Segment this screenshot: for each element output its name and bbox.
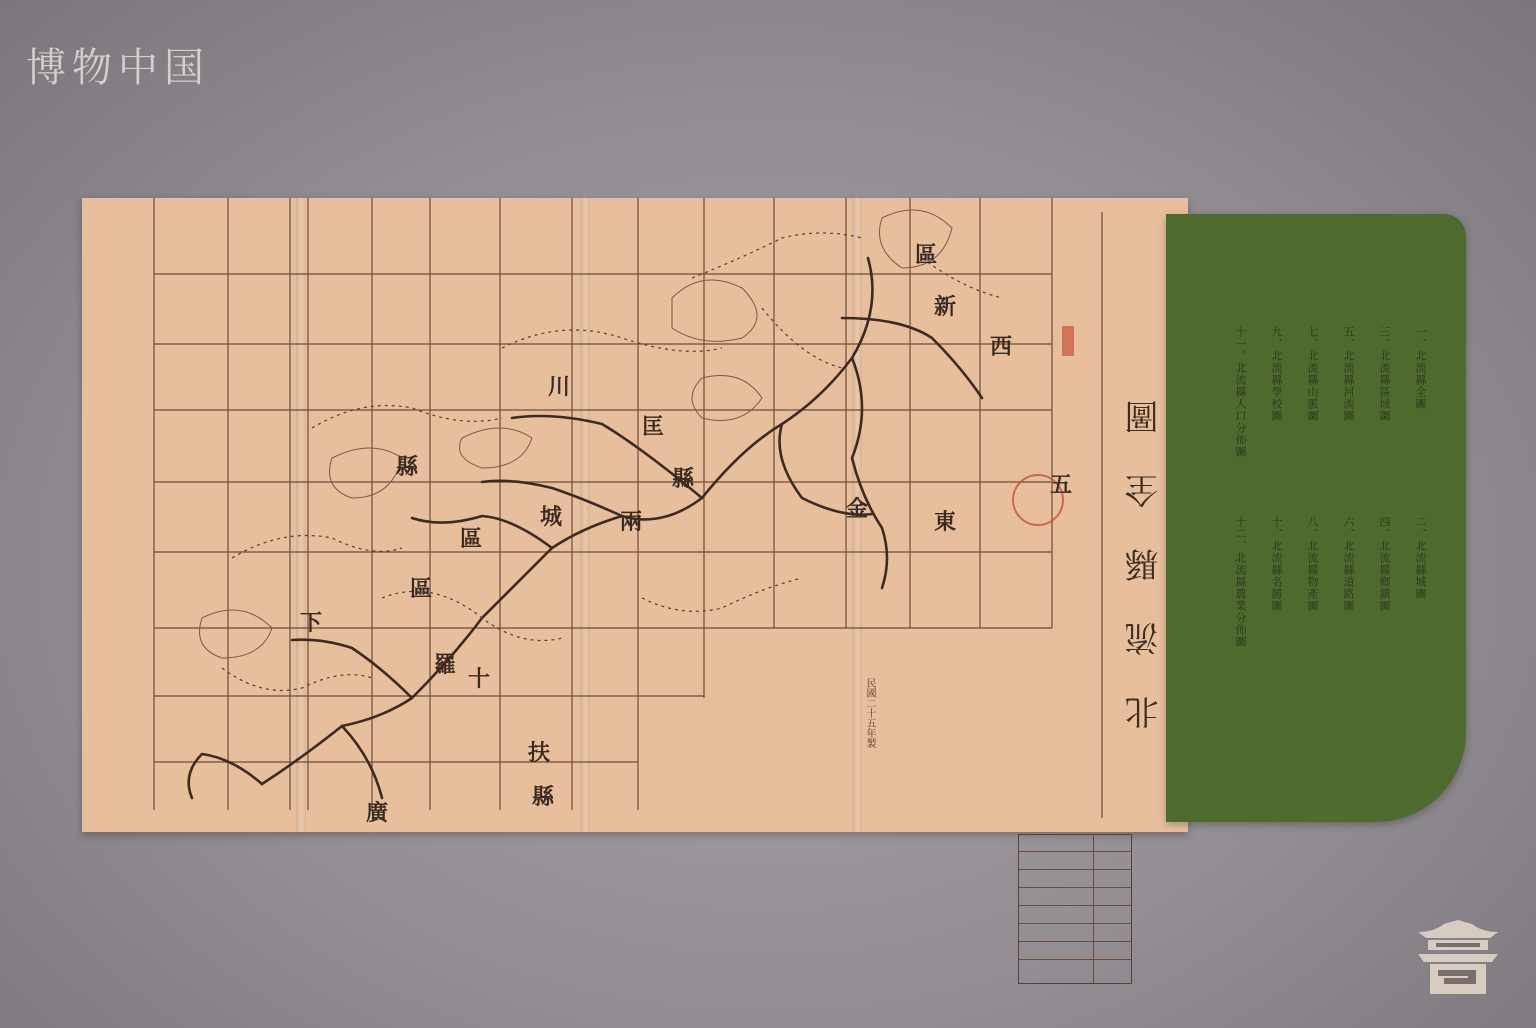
- index-line: 十、北流縣名勝圖: [1268, 516, 1284, 612]
- print-note: 民國二十五年製: [862, 678, 877, 748]
- district-label: 廣: [366, 796, 388, 827]
- district-label: 西: [990, 330, 1012, 361]
- district-label: 東: [934, 505, 956, 536]
- district-label: 新: [934, 290, 956, 321]
- cover-panel: 一、北流縣全圖 三、北流縣區域圖 五、北流縣河流圖 七、北流縣山脈圖 九、北流縣…: [1166, 214, 1466, 822]
- cover-index: 一、北流縣全圖 三、北流縣區域圖 五、北流縣河流圖 七、北流縣山脈圖 九、北流縣…: [1212, 326, 1432, 706]
- district-label: 縣: [532, 780, 554, 811]
- index-line: 九、北流縣學校圖: [1268, 326, 1284, 422]
- district-label: 五: [1050, 468, 1072, 499]
- district-label: 十: [468, 662, 490, 693]
- map-legend: [1018, 834, 1132, 984]
- district-label: 羅: [434, 648, 456, 679]
- index-line: 八、北流縣物產圖: [1304, 516, 1320, 612]
- district-label: 區: [410, 572, 432, 603]
- district-label: 扶: [528, 736, 550, 767]
- map-title: 北流縣全圖: [1120, 360, 1169, 730]
- index-line: 七、北流縣山脈圖: [1304, 326, 1320, 422]
- index-line: 三、北流縣區域圖: [1376, 326, 1392, 422]
- index-line: 十一、北流縣人口分佈圖: [1232, 326, 1248, 458]
- index-line: 二、北流縣城圖: [1412, 516, 1428, 600]
- district-label: 區: [460, 522, 482, 553]
- district-label: 縣: [672, 462, 694, 493]
- pavilion-logo-icon: [1414, 918, 1502, 998]
- index-line: 五、北流縣河流圖: [1340, 326, 1356, 422]
- index-line: 一、北流縣全圖: [1412, 326, 1428, 410]
- red-stamp: [1062, 326, 1074, 356]
- index-line: 六、北流縣道路圖: [1340, 516, 1356, 612]
- district-label: 兩: [620, 505, 642, 536]
- district-label: 下: [300, 606, 322, 637]
- index-line: 十二、北流縣農業分佈圖: [1232, 516, 1248, 648]
- district-label: 縣: [396, 450, 418, 481]
- district-label: 川: [548, 370, 570, 401]
- index-line: 四、北流縣鄉鎮圖: [1376, 516, 1392, 612]
- district-label: 金: [846, 492, 868, 523]
- watermark: 博物中国: [26, 36, 210, 93]
- district-label: 城: [540, 500, 562, 531]
- district-label: 匡: [642, 410, 664, 441]
- district-label: 區: [915, 238, 937, 269]
